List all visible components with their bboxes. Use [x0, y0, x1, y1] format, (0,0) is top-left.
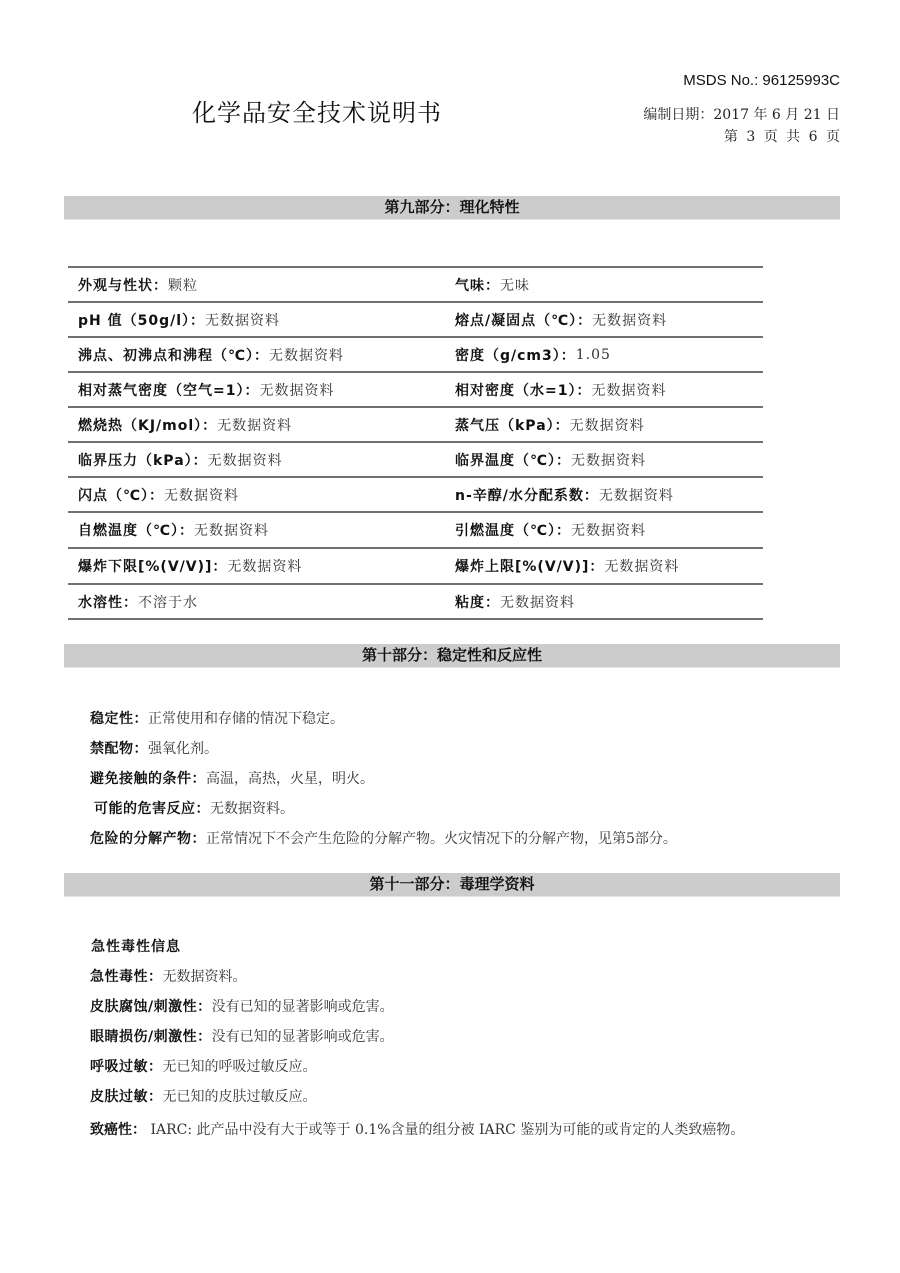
section-10-header: 第十部分：稳定性和反应性 — [64, 644, 840, 668]
property-label: 熔点/凝固点（℃）： — [455, 310, 592, 330]
page-indicator: 第 3 页 共 6 页 — [560, 126, 840, 146]
property-value: 无数据资料 — [604, 556, 679, 576]
property-cell: n-辛醇/水分配系数：无数据资料 — [444, 485, 763, 505]
item-value: 高温，高热，火星，明火。 — [206, 771, 374, 787]
property-value: 无数据资料 — [571, 520, 646, 540]
property-cell: 粘度：无数据资料 — [444, 592, 763, 612]
skin-corrosion-item: 皮肤腐蚀/刺激性：没有已知的显著影响或危害。 — [90, 996, 394, 1016]
property-cell: 密度（g/cm3）：1.05 — [444, 345, 763, 365]
property-cell: 闪点（℃）：无数据资料 — [68, 485, 444, 505]
item-value: 正常情况下不会产生危险的分解产物。火灾情况下的分解产物，见第5部分。 — [206, 831, 677, 847]
property-value: 无数据资料 — [217, 415, 292, 435]
property-label: 外观与性状： — [78, 275, 168, 295]
item-value: 无数据资料。 — [163, 969, 247, 985]
property-cell: 爆炸上限[%(V/V)]：无数据资料 — [444, 556, 763, 576]
physical-properties-table: 外观与性状：颗粒 气味：无味 pH 值（50g/l）：无数据资料 熔点/凝固点（… — [68, 266, 763, 620]
property-label: 相对密度（水=1）： — [455, 380, 591, 400]
property-label: 临界压力（kPa）： — [78, 450, 208, 470]
property-cell: 自燃温度（℃）：无数据资料 — [68, 520, 444, 540]
table-row: 临界压力（kPa）：无数据资料 临界温度（℃）：无数据资料 — [68, 443, 763, 478]
property-value: 无数据资料 — [227, 556, 302, 576]
item-label: 可能的危害反应： — [94, 801, 210, 817]
item-value: IARC: 此产品中没有大于或等于 0.1%含量的组分被 IARC 鉴别为可能的… — [146, 1122, 744, 1138]
property-value: 颗粒 — [168, 275, 198, 295]
table-row: 相对蒸气密度（空气=1）：无数据资料 相对密度（水=1）：无数据资料 — [68, 373, 763, 408]
property-value: 无数据资料 — [592, 310, 667, 330]
property-label: 粘度： — [455, 592, 500, 612]
item-value: 正常使用和存储的情况下稳定。 — [148, 711, 344, 727]
compile-date: 编制日期：2017 年 6 月 21 日 — [560, 104, 840, 124]
document-title: 化学品安全技术说明书 — [192, 93, 442, 128]
incompatible-materials-item: 禁配物：强氧化剂。 — [90, 738, 218, 758]
property-label: 沸点、初沸点和沸程（℃）： — [78, 345, 269, 365]
table-row: pH 值（50g/l）：无数据资料 熔点/凝固点（℃）：无数据资料 — [68, 303, 763, 338]
table-row: 外观与性状：颗粒 气味：无味 — [68, 268, 763, 303]
property-value: 无数据资料 — [570, 415, 645, 435]
property-label: 燃烧热（KJ/mol）： — [78, 415, 217, 435]
skin-sensitization-item: 皮肤过敏：无已知的皮肤过敏反应。 — [90, 1086, 317, 1106]
item-value: 无数据资料。 — [210, 801, 294, 817]
table-row: 沸点、初沸点和沸程（℃）：无数据资料 密度（g/cm3）：1.05 — [68, 338, 763, 373]
stability-item: 稳定性：正常使用和存储的情况下稳定。 — [90, 708, 344, 728]
item-value: 没有已知的显著影响或危害。 — [212, 1029, 394, 1045]
property-label: pH 值（50g/l）： — [78, 310, 205, 330]
property-label: 爆炸下限[%(V/V)]： — [78, 556, 227, 576]
property-cell: 相对密度（水=1）：无数据资料 — [444, 380, 763, 400]
property-cell: 蒸气压（kPa）：无数据资料 — [444, 415, 763, 435]
item-label: 眼睛损伤/刺激性： — [90, 1029, 212, 1045]
item-label: 急性毒性： — [90, 969, 163, 985]
property-label: 蒸气压（kPa）： — [455, 415, 570, 435]
property-label: 自燃温度（℃）： — [78, 520, 194, 540]
property-value: 无数据资料 — [205, 310, 280, 330]
property-value: 不溶于水 — [138, 592, 198, 612]
section-9-header: 第九部分：理化特性 — [64, 196, 840, 220]
property-cell: 临界温度（℃）：无数据资料 — [444, 450, 763, 470]
property-label: 爆炸上限[%(V/V)]： — [455, 556, 604, 576]
item-label: 皮肤腐蚀/刺激性： — [90, 999, 212, 1015]
property-cell: 燃烧热（KJ/mol）：无数据资料 — [68, 415, 444, 435]
property-label: 气味： — [455, 275, 500, 295]
property-label: 闪点（℃）： — [78, 485, 164, 505]
property-cell: 水溶性：不溶于水 — [68, 592, 444, 612]
item-label: 呼吸过敏： — [90, 1059, 163, 1075]
item-value: 强氧化剂。 — [148, 741, 218, 757]
property-cell: 爆炸下限[%(V/V)]：无数据资料 — [68, 556, 444, 576]
item-value: 没有已知的显著影响或危害。 — [212, 999, 394, 1015]
table-row: 水溶性：不溶于水 粘度：无数据资料 — [68, 585, 763, 620]
property-value: 无数据资料 — [599, 485, 674, 505]
property-cell: 气味：无味 — [444, 275, 763, 295]
property-value: 无数据资料 — [269, 345, 344, 365]
table-row: 燃烧热（KJ/mol）：无数据资料 蒸气压（kPa）：无数据资料 — [68, 408, 763, 443]
property-cell: 引燃温度（℃）：无数据资料 — [444, 520, 763, 540]
item-label: 皮肤过敏： — [90, 1089, 163, 1105]
hazardous-reactions-item: 可能的危害反应：无数据资料。 — [94, 798, 294, 818]
property-value: 无数据资料 — [259, 380, 334, 400]
respiratory-sensitization-item: 呼吸过敏：无已知的呼吸过敏反应。 — [90, 1056, 317, 1076]
property-label: n-辛醇/水分配系数： — [455, 485, 599, 505]
property-label: 相对蒸气密度（空气=1）： — [78, 380, 259, 400]
item-label: 避免接触的条件： — [90, 771, 206, 787]
table-row: 闪点（℃）：无数据资料 n-辛醇/水分配系数：无数据资料 — [68, 478, 763, 513]
property-label: 引燃温度（℃）： — [455, 520, 571, 540]
acute-toxicity-subheading: 急性毒性信息 — [91, 936, 181, 956]
property-cell: 临界压力（kPa）：无数据资料 — [68, 450, 444, 470]
msds-number: MSDS No.: 96125993C — [600, 72, 840, 89]
property-value: 无味 — [500, 275, 530, 295]
item-label: 稳定性： — [90, 711, 148, 727]
property-value: 无数据资料 — [164, 485, 239, 505]
property-cell: 沸点、初沸点和沸程（℃）：无数据资料 — [68, 345, 444, 365]
property-value: 无数据资料 — [571, 450, 646, 470]
property-cell: 外观与性状：颗粒 — [68, 275, 444, 295]
acute-toxicity-item: 急性毒性：无数据资料。 — [90, 966, 247, 986]
item-value: 无已知的皮肤过敏反应。 — [163, 1089, 317, 1105]
property-value: 无数据资料 — [194, 520, 269, 540]
property-value: 无数据资料 — [591, 380, 666, 400]
property-label: 水溶性： — [78, 592, 138, 612]
eye-damage-item: 眼睛损伤/刺激性：没有已知的显著影响或危害。 — [90, 1026, 394, 1046]
property-value: 无数据资料 — [208, 450, 283, 470]
conditions-to-avoid-item: 避免接触的条件：高温，高热，火星，明火。 — [90, 768, 374, 788]
property-label: 密度（g/cm3）： — [455, 345, 576, 365]
table-row: 爆炸下限[%(V/V)]：无数据资料 爆炸上限[%(V/V)]：无数据资料 — [68, 549, 763, 585]
section-11-header: 第十一部分：毒理学资料 — [64, 873, 840, 897]
carcinogenicity-item: 致癌性： IARC: 此产品中没有大于或等于 0.1%含量的组分被 IARC 鉴… — [90, 1115, 842, 1145]
property-label: 临界温度（℃）： — [455, 450, 571, 470]
item-value: 无已知的呼吸过敏反应。 — [163, 1059, 317, 1075]
decomposition-products-item: 危险的分解产物：正常情况下不会产生危险的分解产物。火灾情况下的分解产物，见第5部… — [90, 828, 677, 848]
property-cell: 熔点/凝固点（℃）：无数据资料 — [444, 310, 763, 330]
item-label: 禁配物： — [90, 741, 148, 757]
property-cell: 相对蒸气密度（空气=1）：无数据资料 — [68, 380, 444, 400]
property-value: 1.05 — [576, 347, 611, 363]
property-value: 无数据资料 — [500, 592, 575, 612]
table-row: 自燃温度（℃）：无数据资料 引燃温度（℃）：无数据资料 — [68, 513, 763, 549]
item-label: 危险的分解产物： — [90, 831, 206, 847]
item-label: 致癌性： — [90, 1122, 146, 1138]
property-cell: pH 值（50g/l）：无数据资料 — [68, 310, 444, 330]
